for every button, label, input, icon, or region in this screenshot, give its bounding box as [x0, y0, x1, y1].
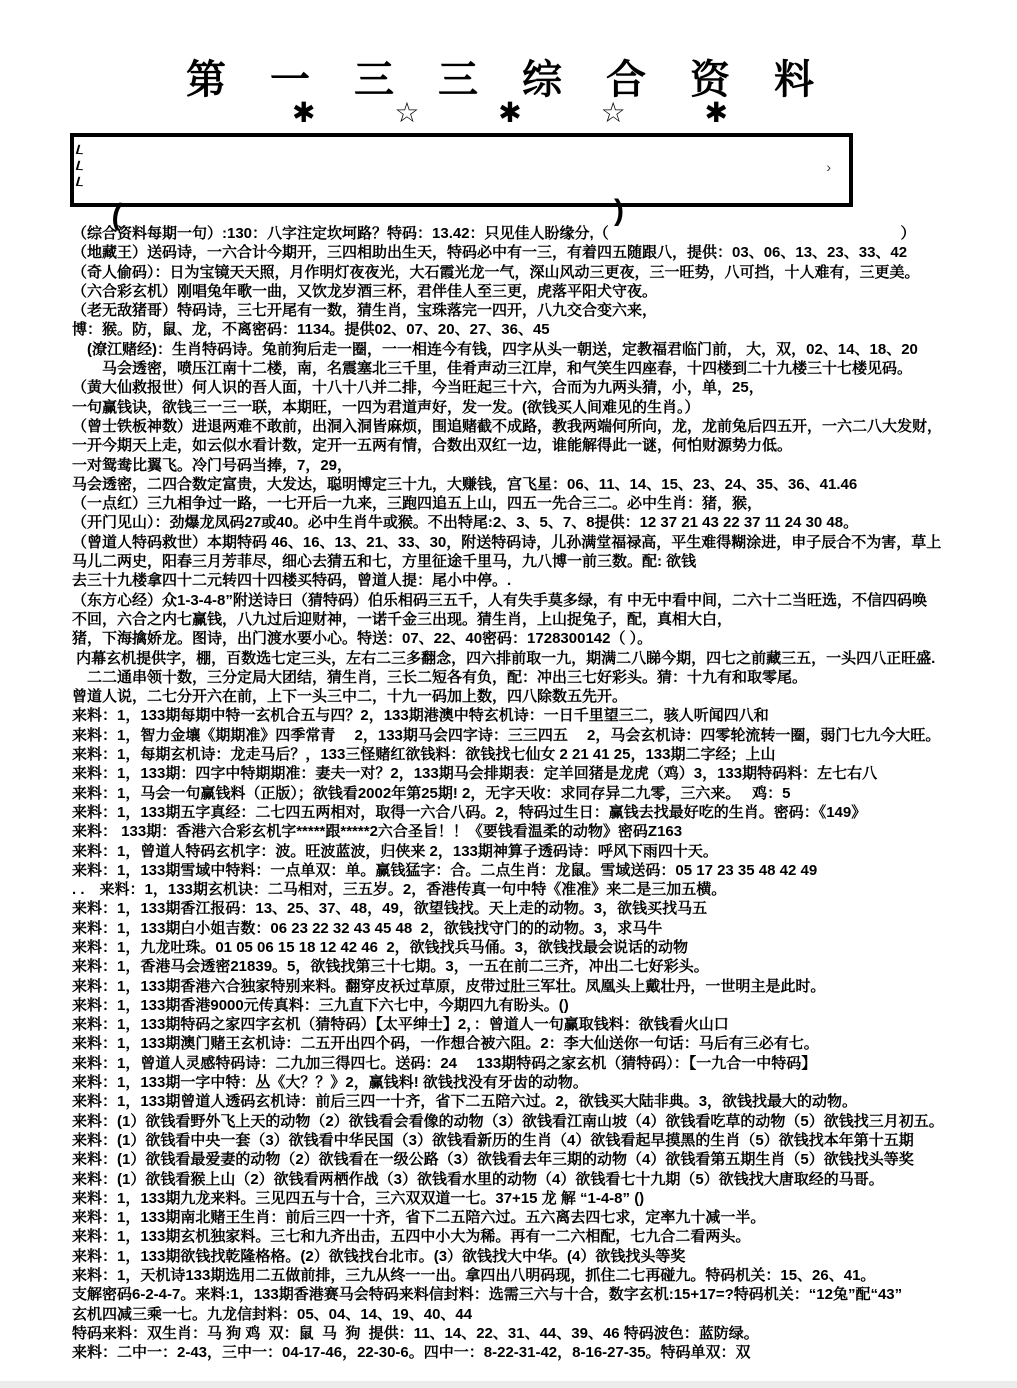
text-line: 来料：1，133期欲钱找乾隆格格。(2）欲钱找台北市。(3）欲钱找大中华。(4）…	[72, 1247, 1017, 1266]
text-line: 内幕玄机提供字，棚，百数选七定三头，左右二三多翻念，四六排前取一九，期满二八睇今…	[72, 649, 1017, 668]
text-line: （东方心经）众1-3-4-8”附送诗曰（猜特码）伯乐相码三五千，人有失手莫多绿，…	[72, 591, 1017, 610]
text-line: （六合彩玄机）刚唱兔年歌一曲，又饮龙岁酒三杯，君伴佳人至三更，虎落平阳犬守夜。	[72, 282, 1017, 301]
text-line: 来料： 133期：香港六合彩玄机字*****跟*****2六合圣旨！！《要钱看温…	[72, 822, 1017, 841]
text-line: 来料：1，133期特码之家四字玄机（猜特码）【太平绅士】2，：曾道人一句赢取钱料…	[72, 1015, 1017, 1034]
paren-mark-center: )	[614, 194, 624, 228]
text-line: 猪，下海擒娇龙。图诗，出门渡水要小心。特送：07、22、40密码：1728300…	[72, 629, 1017, 648]
text-line: （黄大仙救报世）何人识的吾人面，十八十八并二排，今当旺起三十六，合而为九两头猜，…	[72, 378, 1017, 397]
text-line: 马儿二两史，阳春三月芳菲尽，细心去猜五和七，方里征途千里马，九八博一前三数。配:…	[72, 552, 1017, 571]
text-line: 来料：1，133期九龙来料。三见四五与十合，三六双双道一七。37+15 龙 解 …	[72, 1189, 1017, 1208]
text-line: 来料：1，曾道人特码玄机字：波。旺波蓝波，归侠来 2，133期神算子透码诗：呼风…	[72, 842, 1017, 861]
outline-star-icon: ☆	[601, 98, 626, 128]
text-line: （开门见山）：劲爆龙凤码27或40。必中生肖牛或猴。不出特尾:2、3、5、7、8…	[72, 513, 1017, 532]
scan-edge-strip	[0, 1381, 1017, 1388]
asterisk-star-icon: ✱	[705, 98, 728, 128]
text-line: （综合资料每期一句）:130：八字注定坎坷路？特码：13.42：只见佳人盼缘分,…	[72, 224, 1017, 243]
text-line: （奇人偷码）：日为宝镜天天照，月作明灯夜夜光，大石霞光龙一气，深山风动三更夜，三…	[72, 263, 1017, 282]
text-line: 去三十九楼拿四十二元转四十四楼买特码，曾道人提：尾小中停。.	[72, 571, 1017, 590]
text-line: 一开今期天上走，如云似水看计数，定开一五两有情，合数出双红一边，谁能解得此一谜，…	[72, 436, 1017, 455]
document-page: 第 一 三 三 综 合 资 料 ✱ ☆ ✱ ☆ ✱ › ( ) （综合资料每期一…	[0, 0, 1017, 1388]
text-line: 来料：1，133期白小姐吉数：06 23 22 32 43 45 48 2，欲钱…	[72, 919, 1017, 938]
small-chevron-mark: ›	[826, 159, 831, 175]
text-line: 来料：1，133期玄机独家料。三七和九齐出击，五四中小大为稀。再有一二六相配，七…	[72, 1227, 1017, 1246]
asterisk-star-icon: ✱	[292, 98, 315, 128]
outline-star-icon: ☆	[394, 98, 419, 128]
text-line: 一句赢钱诀，欲钱三一三一联，本期旺，一四为君道声好，发一发。(欲钱买人间难见的生…	[72, 398, 1017, 417]
text-line: （一点红）三九相争过一路，一七开后一九来，三跑四追五上山，四五一先合三二。必中生…	[72, 494, 1017, 513]
text-line: 二二通串领十数，三分定局大团结，猜生肖，三长二短各有负，配：冲出三七好彩头。猜：…	[72, 668, 1017, 687]
text-line: （曾士铁板神数）进退两难不敢前，出洞入洞皆麻烦，围追赌截不成路，教我两端何所向，…	[72, 417, 1017, 436]
text-line: 来料：(1）欲钱看猴上山（2）欲钱看两栖作战（3）欲钱看水里的动物（4）欲钱看七…	[72, 1170, 1017, 1189]
text-line: 来料：1，九龙吐珠。01 05 06 15 18 12 42 46 2，欲钱找兵…	[72, 938, 1017, 957]
text-line: 玄机四减三乘一七。九龙信封料：05、04、14、19、40、44	[72, 1305, 1017, 1324]
text-line: （曾道人特码救世）本期特码 46、16、13、21、33、30，附送特码诗，儿孙…	[72, 533, 1017, 552]
decor-row: ✱ ☆ ✱ ☆ ✱	[292, 98, 728, 128]
text-line: 来料：1，133期香港9000元传真料：三九直下六七中，今期四九有盼头。()	[72, 996, 1017, 1015]
text-line: 来料：1，天机诗133期选用二五做前排，三九从终一一出。拿四出八明码现，抓住二七…	[72, 1266, 1017, 1285]
text-line: 来料：(1）欲钱看最爱妻的动物（2）欲钱看在一级公路（3）欲钱看去年三期的动物（…	[72, 1150, 1017, 1169]
text-line: 来料：1，133期雪域中特料：一点单双：单。赢钱猛字：合。二点生肖：龙鼠。雪域送…	[72, 861, 1017, 880]
text-line: （老无敌猪哥）特码诗，三七开尾有一数，猜生肖，宝珠落完一四开，八九交合变六来，	[72, 301, 1017, 320]
text-line: 不回，六合之内七赢钱，八九过后迎财神，一诺千金三出现。猜生肖，上山捉兔子，配，真…	[72, 610, 1017, 629]
text-line: 一对鸳鸯比翼飞。冷门号码当捧，7，29，	[72, 456, 1017, 475]
text-line: 来料：1，133期一字中特：丛《大？？》2，赢钱料! 欲钱找没有牙齿的动物。	[72, 1073, 1017, 1092]
text-line: 来料：二中一：2-43，三中一：04-17-46，22-30-6。四中一：8-2…	[72, 1343, 1017, 1362]
content-box: ›	[70, 133, 853, 207]
illegible-marks-icon	[77, 145, 84, 186]
text-line: 来料：1，133期曾道人透码玄机诗：前后三四一十齐，省下二五陪六过。2，欲钱买大…	[72, 1092, 1017, 1111]
text-line: . . 来料：1，133期玄机诀：二马相对，三五岁。2，香港传真一句中特《准准》…	[72, 880, 1017, 899]
text-line: 来料：(1）欲钱看野外飞上天的动物（2）欲钱看会看像的动物（3）欲钱看江南山坡（…	[72, 1112, 1017, 1131]
text-line: 来料：(1）欲钱看中央一套（3）欲钱看中华民国（3）欲钱看新历的生肖（4）欲钱看…	[72, 1131, 1017, 1150]
text-line: (潦江赌经)：生肖特码诗。兔前狗后走一圈，一一相连今有钱，四字从头一朝送，定教福…	[72, 340, 1017, 359]
text-line: 特码来料：双生肖：马 狗 鸡 双：鼠 马 狗 提供：11、14、22、31、44…	[72, 1324, 1017, 1343]
text-line: （地藏王）送码诗，一六合计今期开，三四相助出生天，特码必中有一三，有着四五随跟八…	[72, 243, 1017, 262]
text-line: 来料：1，133期澳门赌王玄机诗：二五开出四个码，一作想合被六阻。2：李大仙送你…	[72, 1034, 1017, 1053]
text-line: 来料：1，133期五字真经：二七四五两相对，取得一六合八码。2，特码过生日：赢钱…	[72, 803, 1017, 822]
text-line: 来料：1，133期每期中特一玄机合五与四？2，133期港澳中特玄机诗：一日千里望…	[72, 706, 1017, 725]
text-line: 支解密码6-2-4-7。来料:1，133期香港赛马会特码来料信封料：选需三六与十…	[72, 1285, 1017, 1304]
text-line: 来料：1，每期玄机诗：龙走马后？，133三怪赌红欲钱料：欲钱找七仙女 2 21 …	[72, 745, 1017, 764]
text-line: 来料：1，香港马会透密21839。5，欲钱找第三十七期。3，一五在前二三齐，冲出…	[72, 957, 1017, 976]
text-line: 来料：1，133期南北赌王生肖：前后三四一十齐，省下二五陪六过。五六离去四七求，…	[72, 1208, 1017, 1227]
text-line: 来料：1，马会一句赢钱料（正版）；欲钱看2002年第25期! 2，无字天收：求同…	[72, 784, 1017, 803]
text-line: 来料：1，智力金壤《期期准》四季常青 2，133期马会四字诗：三三四五 2，马会…	[72, 726, 1017, 745]
text-body: （综合资料每期一句）:130：八字注定坎坷路？特码：13.42：只见佳人盼缘分,…	[72, 224, 1017, 1363]
asterisk-star-icon: ✱	[498, 98, 521, 128]
text-line: 来料：1，133期香港六合独家特别来料。翻穿皮袄过草原，皮带过肚三军壮。凤凰头上…	[72, 977, 1017, 996]
text-line: 来料：1，133期：四字中特期期准：妻夫一对？2，133期马会排期表：定羊回猪是…	[72, 764, 1017, 783]
text-line: 来料：1，曾道人灵感特码诗：二九加三得四七。送码：24 133期特码之家玄机（猜…	[72, 1054, 1017, 1073]
text-line: 博：猴。防，鼠、龙，不离密码：1134。提供02、07、20、27、36、45	[72, 320, 1017, 339]
text-line: 曾道人说，二七分开六在前，上下一头三中二，十九一码加上数，四八除数五先开。	[72, 687, 1017, 706]
text-line: 马会透密，二四合数定富贵，大发达，聪明博定三十九，大赚钱，宫飞星：06、11、1…	[72, 475, 1017, 494]
text-line: 马会透密，喷压江南十二楼，南，名震塞北三千里，佳肴声动三江岸，和气笑生四座春，十…	[72, 359, 1017, 378]
text-line: 来料：1，133期香江报码：13、25、37、48，49，欲望钱找。天上走的动物…	[72, 899, 1017, 918]
